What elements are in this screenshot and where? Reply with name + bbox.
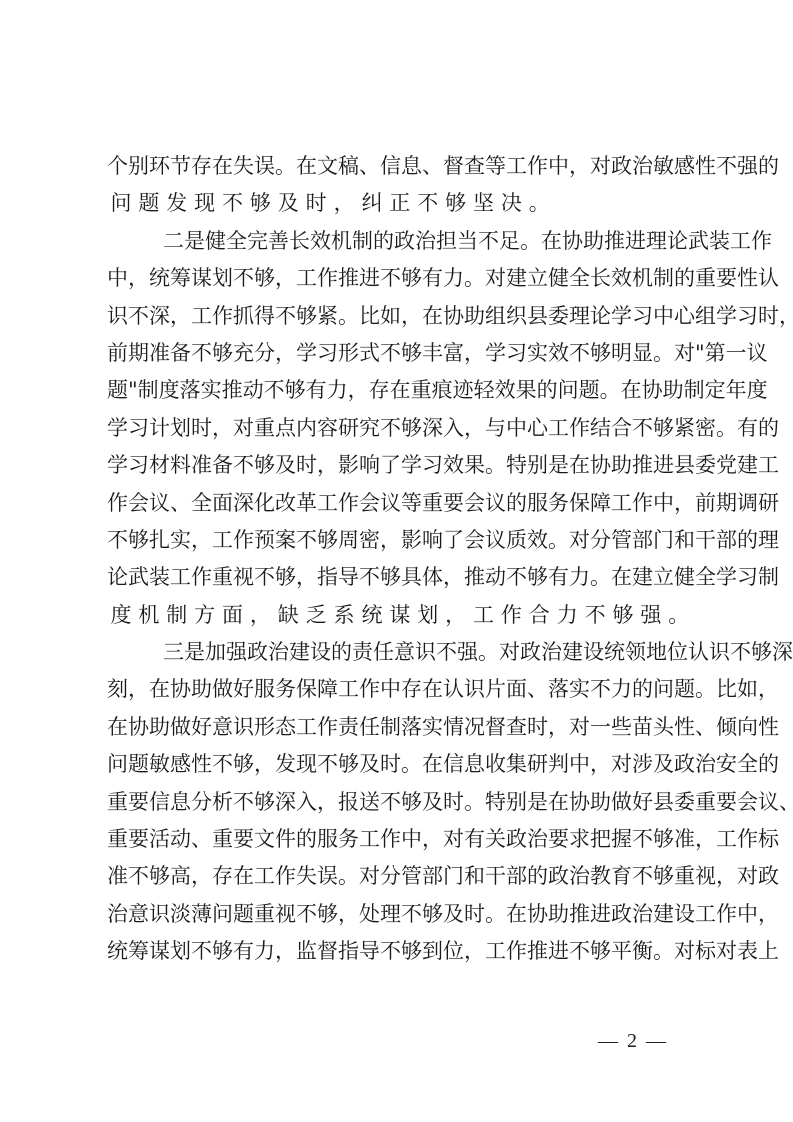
text-line: 中，统筹谋划不够，工作推进不够有力。对建立健全长效机制的重要性认 [107,260,693,297]
text-line: 三是加强政治建设的责任意识不强。对政治建设统领地位认识不够深 [107,634,693,671]
text-line: 重要信息分析不够深入，报送不够及时。特别是在协助做好县委重要会议、 [107,784,693,821]
text-line: 学习计划时，对重点内容研究不够深入，与中心工作结合不够紧密。有的 [107,410,693,447]
text-line: 个别环节存在失误。在文稿、信息、督查等工作中，对政治敏感性不强的 [107,148,693,185]
text-line: 治意识淡薄问题重视不够，处理不够及时。在协助推进政治建设工作中， [107,896,693,933]
text-line: 刻，在协助做好服务保障工作中存在认识片面、落实不力的问题。比如， [107,671,693,708]
text-line: 问题发现不够及时，纠正不够坚决。 [107,185,693,222]
text-line: 作会议、全面深化改革工作会议等重要会议的服务保障工作中，前期调研 [107,485,693,522]
text-line: 度机制方面，缺乏系统谋划，工作合力不够强。 [107,597,693,634]
document-page: 个别环节存在失误。在文稿、信息、督查等工作中，对政治敏感性不强的问题发现不够及时… [0,0,793,1122]
text-line: 前期准备不够充分，学习形式不够丰富，学习实效不够明显。对"第一议 [107,335,693,372]
document-body: 个别环节存在失误。在文稿、信息、督查等工作中，对政治敏感性不强的问题发现不够及时… [107,148,693,971]
text-line: 不够扎实，工作预案不够周密，影响了会议质效。对分管部门和干部的理 [107,522,693,559]
text-line: 重要活动、重要文件的服务工作中，对有关政治要求把握不够准，工作标 [107,821,693,858]
text-line: 识不深，工作抓得不够紧。比如，在协助组织县委理论学习中心组学习时， [107,298,693,335]
text-line: 学习材料准备不够及时，影响了学习效果。特别是在协助推进县委党建工 [107,447,693,484]
text-line: 准不够高，存在工作失误。对分管部门和干部的政治教育不够重视，对政 [107,858,693,895]
text-line: 问题敏感性不够，发现不够及时。在信息收集研判中，对涉及政治安全的 [107,746,693,783]
text-line: 论武装工作重视不够，指导不够具体，推动不够有力。在建立健全学习制 [107,559,693,596]
text-line: 统筹谋划不够有力，监督指导不够到位，工作推进不够平衡。对标对表上 [107,933,693,970]
page-number: — 2 — [588,1030,678,1053]
text-line: 题"制度落实推动不够有力，存在重痕迹轻效果的问题。在协助制定年度 [107,372,693,409]
text-line: 在协助做好意识形态工作责任制落实情况督查时，对一些苗头性、倾向性 [107,709,693,746]
text-line: 二是健全完善长效机制的政治担当不足。在协助推进理论武装工作 [107,223,693,260]
